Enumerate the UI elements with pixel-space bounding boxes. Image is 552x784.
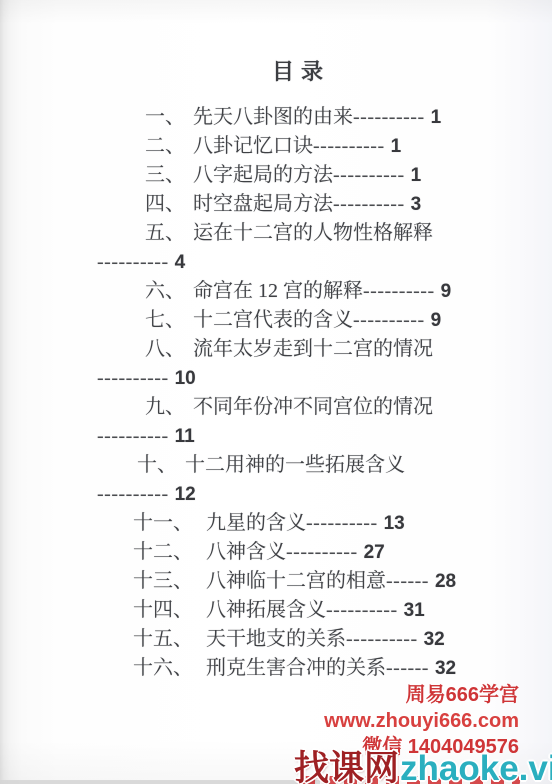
toc-entry: 六、命宫在 12 宫的解释----------9 <box>0 277 552 306</box>
toc-page-number: 1 <box>411 165 422 186</box>
toc-entry: 八、流年太岁走到十二宫的情况 <box>0 335 552 364</box>
toc-leader-dashes: ---------- <box>353 106 425 128</box>
toc-continuation-line: ----------10 <box>0 364 552 393</box>
toc-page-number: 27 <box>364 542 385 563</box>
watermark-school-name: 周易666学宫 <box>324 682 519 708</box>
toc-entry-number: 十三、 <box>133 567 206 596</box>
toc-continuation-line: ----------12 <box>0 480 552 509</box>
toc-entry: 十二、八神含义----------27 <box>0 538 552 567</box>
toc-page-number: 3 <box>411 194 422 215</box>
toc-entry-number: 七、 <box>145 306 193 335</box>
toc-entry: 十四、八神拓展含义----------31 <box>0 596 552 625</box>
toc-page-number: 11 <box>175 426 195 447</box>
toc-entry-number: 十一、 <box>133 509 206 538</box>
toc-leader-dashes: ------ <box>386 657 429 679</box>
toc-leader-dashes: ---------- <box>306 512 378 534</box>
toc-page-number: 12 <box>175 484 196 505</box>
toc-leader-dashes: ---------- <box>346 628 418 650</box>
toc-entry-number: 二、 <box>145 132 193 161</box>
toc-entry: 十五、天干地支的关系----------32 <box>0 625 552 654</box>
toc-continuation-line: ----------11 <box>0 422 552 451</box>
toc-entry-number: 四、 <box>145 190 193 219</box>
page-title: 目录 <box>0 55 552 86</box>
toc-entry: 十六、刑克生害合冲的关系------32 <box>0 654 552 683</box>
toc-page-number: 9 <box>441 281 452 302</box>
toc-entry: 十一、九星的含义----------13 <box>0 509 552 538</box>
toc-entry: 七、十二宫代表的含义----------9 <box>0 306 552 335</box>
toc-page-number: 9 <box>431 310 442 331</box>
scanned-toc-page: 目录 一、先天八卦图的由来----------1二、八卦记忆口诀--------… <box>0 0 552 784</box>
toc-leader-dashes: ---------- <box>313 135 385 157</box>
toc-entry-title: 八神含义----------27 <box>206 541 385 563</box>
toc-leader-dashes: ---------- <box>326 599 398 621</box>
toc-entry-title: 十二用神的一些拓展含义 <box>185 454 405 476</box>
toc-entry: 一、先天八卦图的由来----------1 <box>0 103 552 132</box>
toc-entry-number: 十二、 <box>133 538 206 567</box>
toc-entry-title: 八字起局的方法----------1 <box>193 164 421 186</box>
toc-continuation-line: ----------4 <box>0 248 552 277</box>
toc-entry-title: 八神临十二宫的相意------28 <box>206 570 456 592</box>
watermark-website-url: www.zhouyi666.com <box>324 708 519 734</box>
toc-entry-number: 十四、 <box>133 596 206 625</box>
toc-entry-title: 先天八卦图的由来----------1 <box>193 106 441 128</box>
toc-list: 一、先天八卦图的由来----------1二、八卦记忆口诀----------1… <box>0 103 552 683</box>
toc-entry-title: 九星的含义----------13 <box>206 512 405 534</box>
toc-entry-title: 命宫在 12 宫的解释----------9 <box>193 280 451 302</box>
toc-entry: 十三、八神临十二宫的相意------28 <box>0 567 552 596</box>
toc-entry-title: 时空盘起局方法----------3 <box>193 193 421 215</box>
toc-entry: 四、时空盘起局方法----------3 <box>0 190 552 219</box>
toc-entry-number: 八、 <box>145 335 193 364</box>
toc-entry-title: 天干地支的关系----------32 <box>206 628 445 650</box>
toc-leader-dashes: ---------- <box>333 193 405 215</box>
toc-entry-title: 十二宫代表的含义----------9 <box>193 309 441 331</box>
toc-entry-number: 五、 <box>145 219 193 248</box>
toc-entry-title: 八卦记忆口诀----------1 <box>193 135 401 157</box>
toc-leader-dashes: ---------- <box>363 280 435 302</box>
toc-page-number: 10 <box>175 368 196 389</box>
toc-entry: 三、八字起局的方法----------1 <box>0 161 552 190</box>
watermark-brand-chinese: 找课网 <box>294 749 399 784</box>
toc-page-number: 32 <box>435 658 456 679</box>
toc-entry: 五、运在十二宫的人物性格解释 <box>0 219 552 248</box>
toc-entry: 十、十二用神的一些拓展含义 <box>0 451 552 480</box>
toc-leader-dashes: ---------- <box>97 367 169 389</box>
toc-entry-number: 一、 <box>145 103 193 132</box>
watermark-brand-logo: 找课网zhaoke.vip <box>294 741 552 784</box>
toc-entry-number: 十五、 <box>133 625 206 654</box>
toc-page-number: 1 <box>391 136 402 157</box>
toc-entry-number: 九、 <box>145 393 193 422</box>
toc-leader-dashes: ---------- <box>333 164 405 186</box>
watermark-brand-domain: zhaoke.vip <box>400 749 552 784</box>
toc-page-number: 32 <box>424 629 445 650</box>
toc-leader-dashes: ---------- <box>97 425 169 447</box>
toc-page-number: 4 <box>175 252 186 273</box>
toc-entry: 九、不同年份冲不同宫位的情况 <box>0 393 552 422</box>
toc-entry-number: 十六、 <box>133 654 206 683</box>
toc-leader-dashes: ---------- <box>286 541 358 563</box>
toc-page-number: 1 <box>431 107 442 128</box>
toc-leader-dashes: ---------- <box>353 309 425 331</box>
toc-entry-title: 刑克生害合冲的关系------32 <box>206 657 456 679</box>
toc-entry-title: 八神拓展含义----------31 <box>206 599 425 621</box>
toc-page-number: 31 <box>404 600 425 621</box>
toc-entry-title: 不同年份冲不同宫位的情况 <box>193 396 433 418</box>
toc-entry-number: 十、 <box>137 451 185 480</box>
toc-entry: 二、八卦记忆口诀----------1 <box>0 132 552 161</box>
toc-entry-number: 三、 <box>145 161 193 190</box>
toc-page-number: 28 <box>435 571 456 592</box>
photo-edge-shadow <box>0 780 320 784</box>
toc-entry-number: 六、 <box>145 277 193 306</box>
toc-entry-title: 运在十二宫的人物性格解释 <box>193 222 433 244</box>
toc-page-number: 13 <box>384 513 405 534</box>
toc-leader-dashes: ---------- <box>97 251 169 273</box>
toc-leader-dashes: ------ <box>386 570 429 592</box>
toc-entry-title: 流年太岁走到十二宫的情况 <box>193 338 433 360</box>
toc-leader-dashes: ---------- <box>97 483 169 505</box>
